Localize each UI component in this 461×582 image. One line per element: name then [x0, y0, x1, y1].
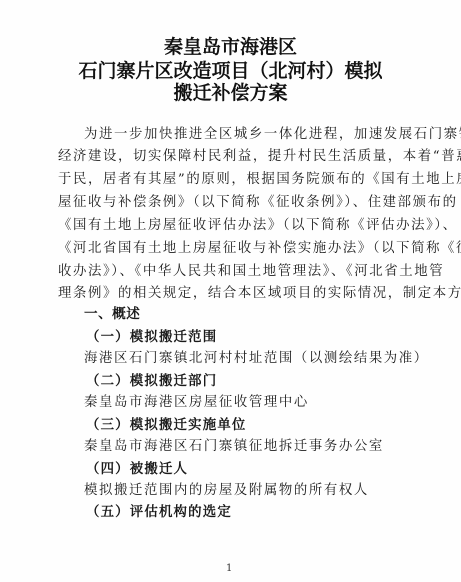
intro-line: 屋征收与补偿条例》（以下简称《征收条例》）、住建部颁布的 [58, 194, 458, 212]
section-heading: 一、概述 [84, 305, 140, 323]
subsection-body: 模拟搬迁范围内的房屋及附属物的所有权人 [84, 482, 369, 500]
intro-line: 为进一步加快推进全区城乡一体化进程，加速发展石门寨镇 [84, 126, 461, 144]
document-page: 秦皇岛市海港区 石门寨片区改造项目（北河村）模拟 搬迁补偿方案 为进一步加快推进… [0, 0, 461, 582]
subsection-heading: （三）模拟搬迁实施单位 [86, 416, 247, 434]
subsection-body: 秦皇岛市海港区石门寨镇征地拆迁事务办公室 [84, 438, 384, 456]
intro-line: 经济建设，切实保障村民利益，提升村民生活质量，本着“普惠 [58, 148, 461, 166]
intro-line: 于民，居者有其屋”的原则，根据国务院颁布的《国有土地上房 [58, 171, 461, 189]
page-number: 1 [226, 563, 232, 574]
intro-line: 收办法》）、《中华人民共和国土地管理法》、《河北省土地管 [58, 263, 444, 281]
subsection-heading: （五）评估机构的选定 [86, 503, 232, 521]
intro-line: 《河北省国有土地上房屋征收与补偿实施办法》（以下简称《征 [58, 240, 461, 258]
subsection-heading: （二）模拟搬迁部门 [86, 372, 217, 390]
intro-line: 理条例》的相关规定，结合本区域项目的实际情况，制定本方案。 [58, 285, 461, 303]
title-line-3: 搬迁补偿方案 [0, 82, 461, 104]
title-line-1: 秦皇岛市海港区 [0, 36, 461, 58]
intro-line: 《国有土地上房屋征收评估办法》（以下简称《评估办法》）、 [58, 217, 458, 235]
subsection-body: 海港区石门寨镇北河村村址范围（以测绘结果为准） [84, 350, 429, 368]
subsection-heading: （一）模拟搬迁范围 [86, 328, 217, 346]
title-line-2: 石门寨片区改造项目（北河村）模拟 [0, 60, 461, 82]
subsection-body: 秦皇岛市海港区房屋征收管理中心 [84, 394, 309, 412]
subsection-heading: （四）被搬迁人 [86, 460, 188, 478]
